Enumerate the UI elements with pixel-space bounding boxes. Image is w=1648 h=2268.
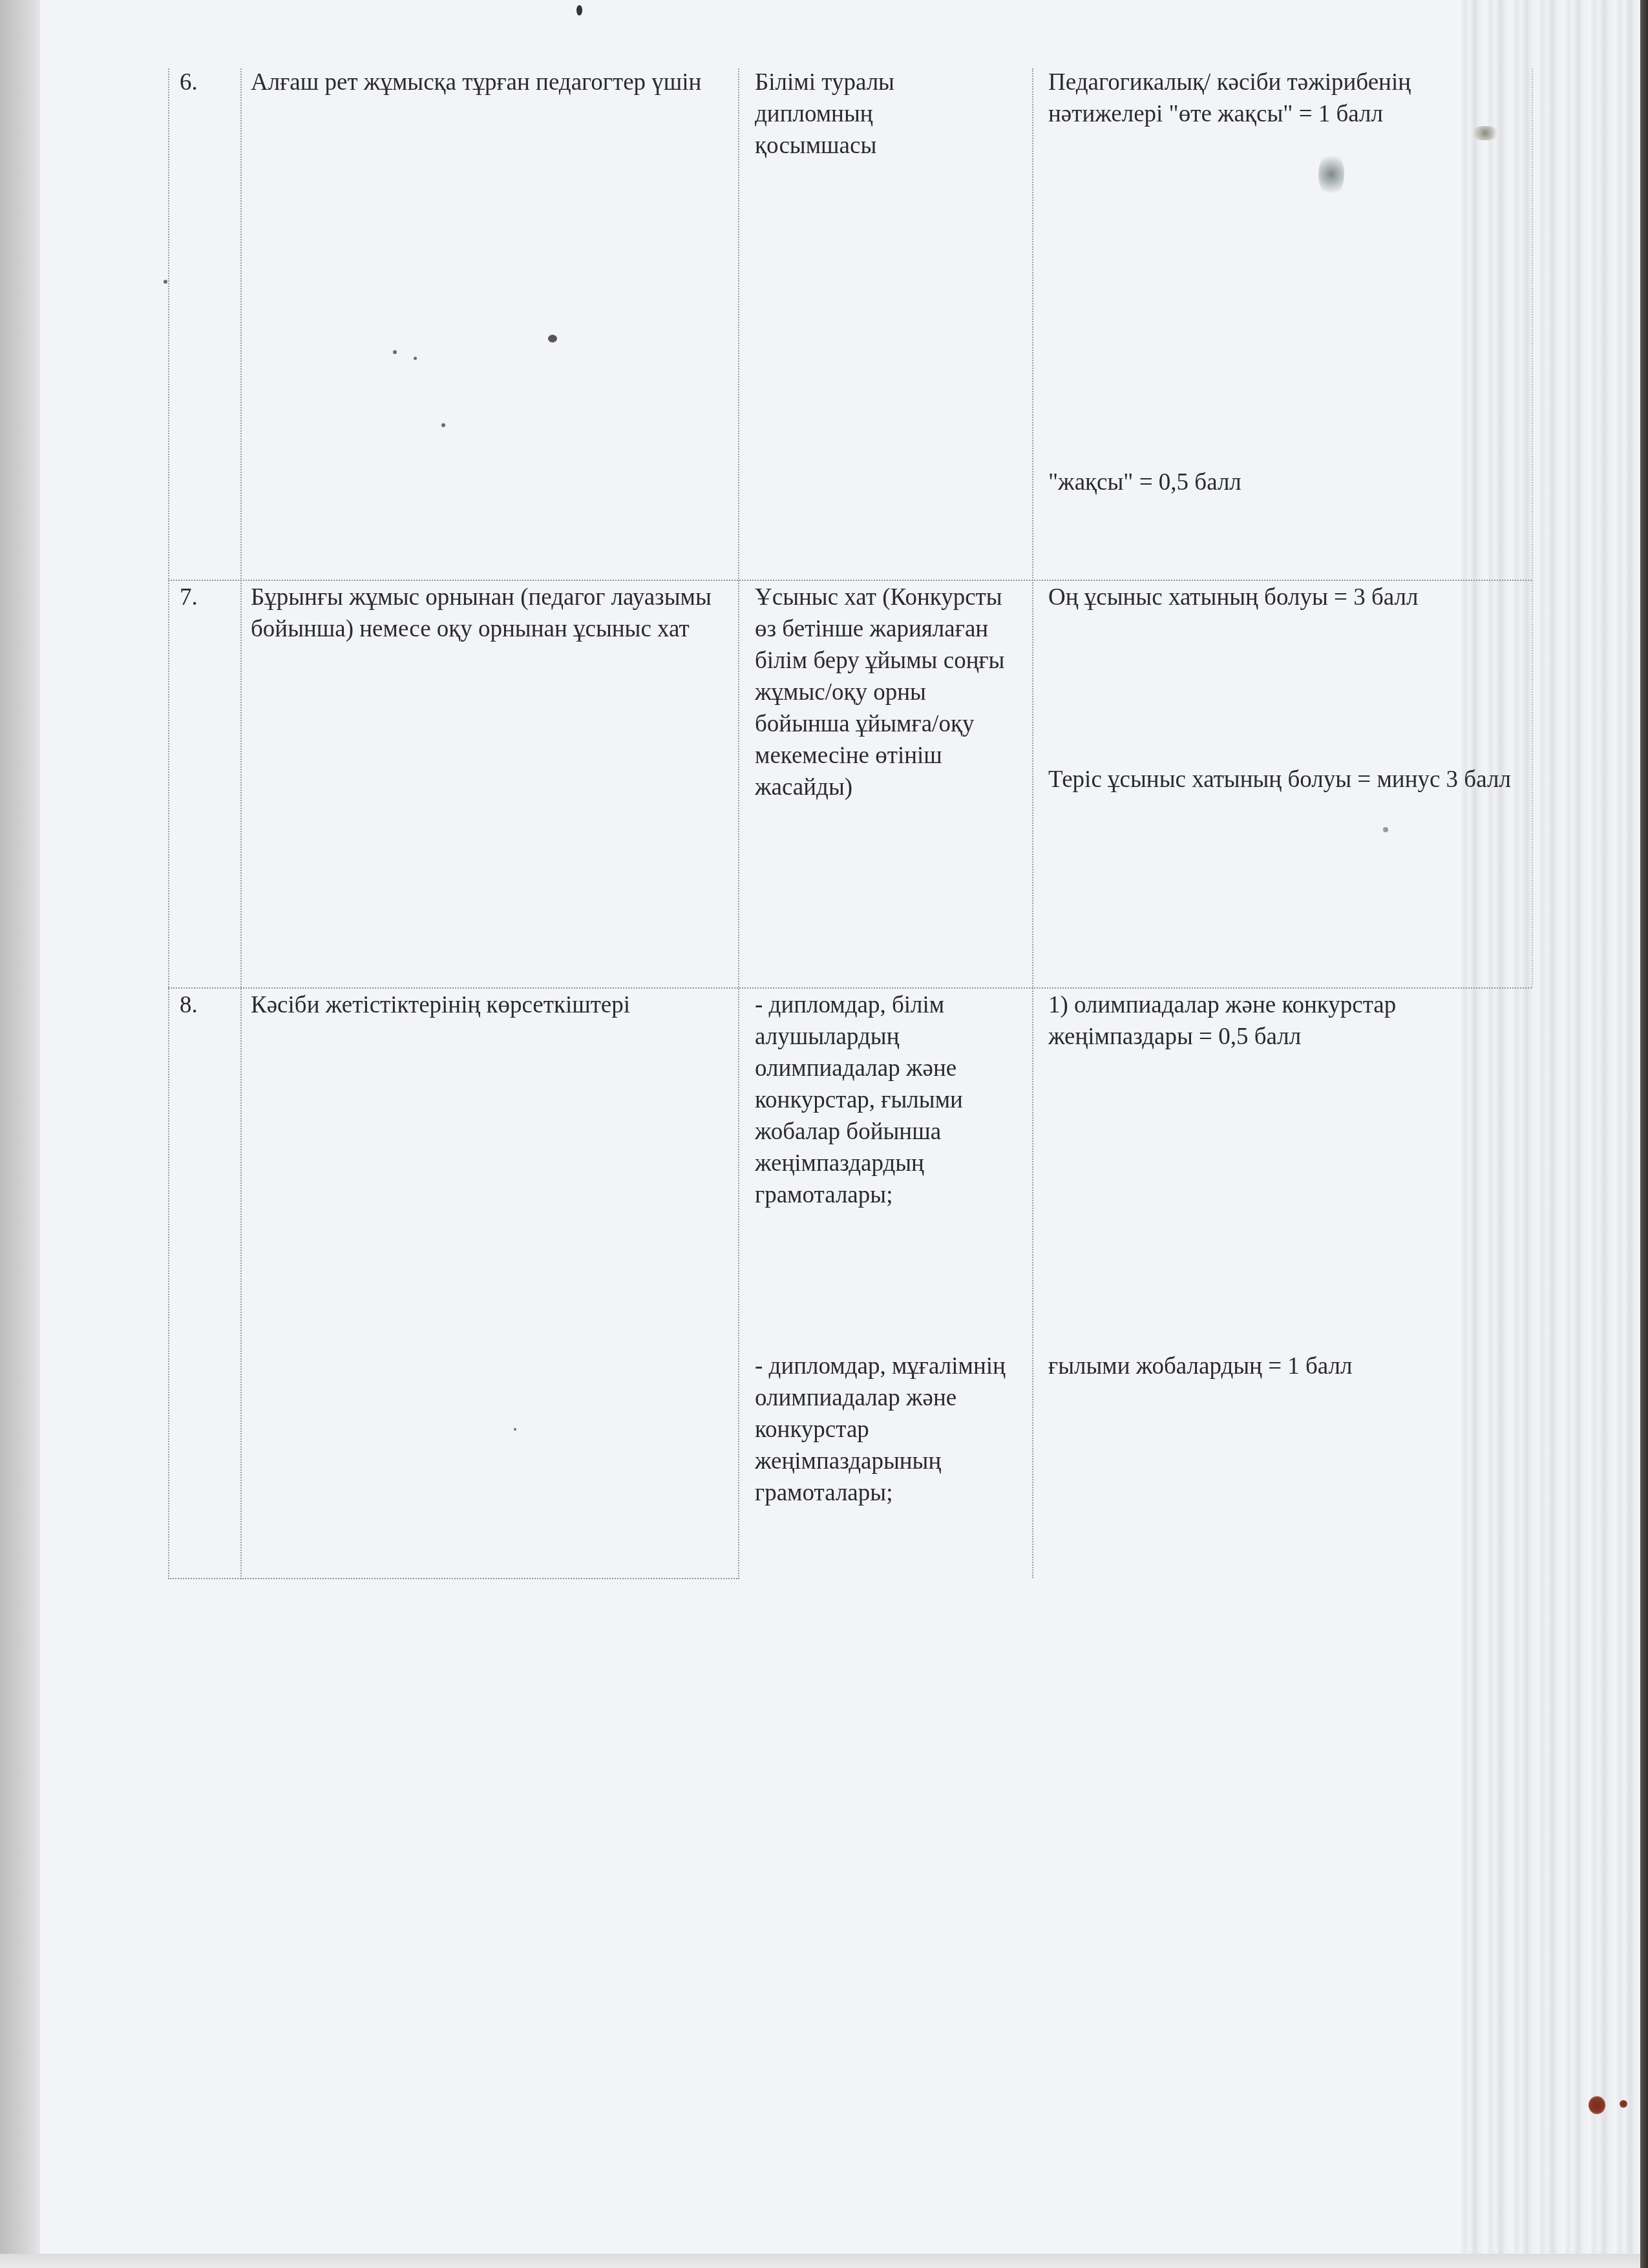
column-divider-3: [1032, 68, 1033, 1578]
row-6-number: 6.: [180, 67, 238, 98]
ink-speck: [164, 280, 167, 284]
table-border-right: [1532, 68, 1533, 987]
row-6-criterion: Алғаш рет жұмысқа тұрған педагогтер үшін: [251, 67, 729, 98]
column-divider-1: [240, 68, 242, 1579]
row-7-number: 7.: [180, 582, 238, 613]
ink-speck: [548, 335, 557, 342]
row-7-criterion: Бұрынғы жұмыс орнынан (педагог лауазымы …: [251, 582, 729, 645]
table-border-bottom: [168, 1578, 739, 1579]
row-number: 6.: [180, 69, 198, 96]
ink-speck: [393, 350, 397, 354]
brown-stain: [1589, 2096, 1605, 2114]
ink-speck: [414, 357, 417, 360]
ink-speck: [576, 5, 582, 16]
row-8-points: 1) олимпиадалар және конкурстар жеңімпаз…: [1048, 0, 1527, 1578]
column-divider-2: [738, 68, 739, 1579]
row-8-criterion: Кәсіби жетістіктерінің көрсеткіштері: [251, 989, 729, 1021]
table-border-left: [168, 68, 169, 1579]
row-number: 7.: [180, 584, 198, 611]
row-8-document: - дипломдар, білім алушылардың олимпиада…: [755, 0, 1013, 1578]
points-text: 1) олимпиадалар және конкурстар жеңімпаз…: [1048, 989, 1527, 1053]
criterion-text: Бұрынғы жұмыс орнынан (педагог лауазымы …: [251, 584, 712, 642]
points-text: ғылыми жобалардың = 1 балл: [1048, 1350, 1527, 1382]
row-8-number: 8.: [180, 989, 238, 1021]
scanner-margin-left: [0, 0, 40, 2268]
row-number: 8.: [180, 992, 198, 1018]
page-edge-right: [1640, 0, 1648, 2268]
document-text: - дипломдар, мұғалімнің олимпиадалар жән…: [755, 1350, 1013, 1509]
criterion-text: Кәсіби жетістіктерінің көрсеткіштері: [251, 992, 630, 1018]
scanner-margin-bottom: [0, 2254, 1648, 2268]
ink-speck: [441, 423, 445, 427]
ink-speck: [514, 1428, 516, 1431]
brown-stain: [1620, 2100, 1627, 2108]
criterion-text: Алғаш рет жұмысқа тұрған педагогтер үшін: [251, 69, 701, 96]
document-text: - дипломдар, білім алушылардың олимпиада…: [755, 989, 1013, 1211]
